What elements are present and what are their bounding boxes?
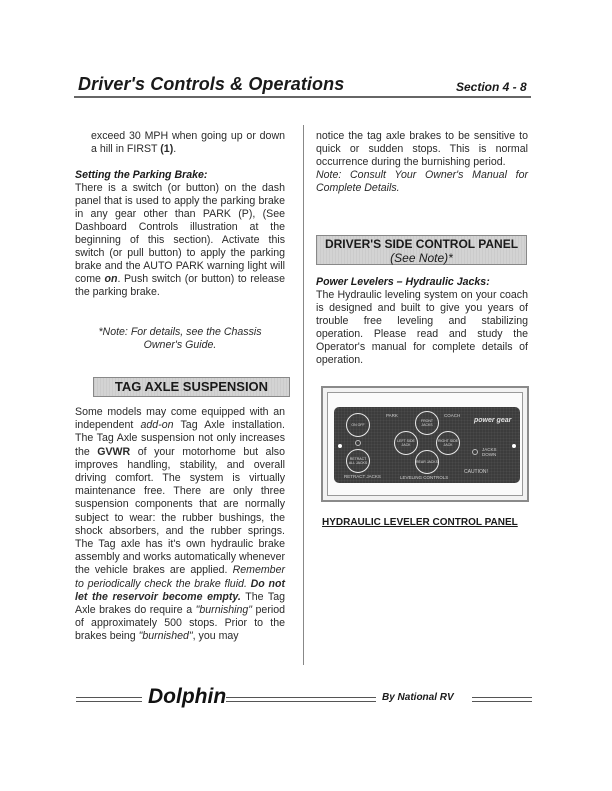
- continuation-paragraph: notice the tag axle brakes to be sensiti…: [316, 130, 528, 195]
- parking-brake-emphasis: on: [105, 273, 118, 285]
- control-panel-banner: DRIVER'S SIDE CONTROL PANEL (See Note)*: [316, 235, 527, 265]
- right-label: RIGHT SIDE JACK: [437, 439, 459, 447]
- rear-label: REAR JACKS: [416, 460, 438, 464]
- intro-paragraph: exceed 30 MPH when going up or down a hi…: [91, 130, 285, 156]
- tag-gvwr: GVWR: [97, 446, 130, 458]
- parking-brake-text-a: There is a switch (or button) on the das…: [75, 182, 285, 285]
- owner-note: Note: Consult Your Owner's Manual for Co…: [316, 169, 528, 195]
- front-jacks-button: FRONT JACKS: [415, 411, 439, 435]
- parking-brake-text: There is a switch (or button) on the das…: [75, 182, 285, 299]
- front-label: FRONT JACKS: [416, 419, 438, 427]
- retract-jacks-label: RETRACT JACKS: [344, 474, 381, 479]
- photo-mat: ON OFF RETRACT ALL JACKS PARK COACH FRON…: [327, 392, 523, 496]
- tag-axle-banner-title: TAG AXLE SUSPENSION: [115, 379, 268, 394]
- tag-t6-italic: "burnished": [139, 630, 193, 642]
- footer-rule-left: [76, 697, 142, 702]
- leveling-controls-label: LEVELING CONTROLS: [400, 475, 448, 480]
- footer-rule-middle: [226, 697, 376, 702]
- left-jack-button: LEFT SIDE JACK: [394, 431, 418, 455]
- column-divider: [303, 125, 304, 665]
- control-panel-banner-title: DRIVER'S SIDE CONTROL PANEL: [317, 237, 526, 251]
- footer-by-line: By National RV: [382, 692, 454, 703]
- mount-hole-right: [512, 444, 516, 448]
- footer-rule-right: [472, 697, 532, 702]
- caution-label: CAUTION!: [464, 469, 488, 475]
- tag-t1-italic: add-on: [141, 419, 174, 431]
- tag-t3: of your motorhome but also improves hand…: [75, 446, 285, 577]
- on-off-label: ON OFF: [351, 423, 364, 427]
- left-label: LEFT SIDE JACK: [395, 439, 417, 447]
- power-levelers-text: The Hydraulic leveling system on your co…: [316, 289, 528, 367]
- page-title: Driver's Controls & Operations: [78, 74, 344, 95]
- retract-label: RETRACT ALL JACKS: [347, 457, 369, 465]
- chassis-note-line1: *Note: For details, see the Chassis: [75, 326, 285, 339]
- photo-caption: HYDRAULIC LEVELER CONTROL PANEL: [322, 517, 518, 528]
- jacks-down-label: JACKS DOWN: [482, 447, 506, 457]
- chassis-note-line2: Owner's Guide.: [75, 339, 285, 352]
- tag-t7: , you may: [193, 630, 239, 642]
- parking-brake-section: Setting the Parking Brake: There is a sw…: [75, 169, 285, 299]
- rear-jacks-button: REAR JACKS: [415, 450, 439, 474]
- tag-t5-italic: "burnishing": [196, 604, 252, 616]
- intro-end: .: [173, 143, 176, 155]
- power-led-icon: [355, 440, 361, 446]
- continuation-text: notice the tag axle brakes to be sensiti…: [316, 130, 528, 169]
- chassis-note: *Note: For details, see the Chassis Owne…: [75, 326, 285, 352]
- header-rule: [74, 96, 531, 98]
- intro-bold: (1): [160, 143, 173, 155]
- power-levelers-section: Power Levelers – Hydraulic Jacks: The Hy…: [316, 276, 528, 367]
- leveler-panel: ON OFF RETRACT ALL JACKS PARK COACH FRON…: [334, 407, 520, 483]
- right-jack-button: RIGHT SIDE JACK: [436, 431, 460, 455]
- footer-brand: Dolphin: [148, 685, 226, 709]
- section-number: Section 4 - 8: [456, 80, 527, 94]
- on-off-button: ON OFF: [346, 413, 370, 437]
- power-levelers-heading: Power Levelers – Hydraulic Jacks:: [316, 276, 528, 289]
- coach-label: COACH: [444, 413, 460, 418]
- park-label: PARK: [386, 413, 398, 418]
- intro-text: exceed 30 MPH when going up or down a hi…: [91, 130, 285, 155]
- control-panel-photo: ON OFF RETRACT ALL JACKS PARK COACH FRON…: [321, 386, 529, 502]
- mount-hole-left: [338, 444, 342, 448]
- retract-button: RETRACT ALL JACKS: [346, 449, 370, 473]
- control-panel-banner-subtitle: (See Note)*: [317, 251, 526, 265]
- tag-axle-banner: TAG AXLE SUSPENSION: [93, 377, 290, 397]
- parking-brake-heading: Setting the Parking Brake:: [75, 169, 285, 182]
- jacks-down-led-icon: [472, 449, 478, 455]
- tag-axle-paragraph: Some models may come equipped with an in…: [75, 406, 285, 644]
- power-gear-logo: power gear: [474, 417, 511, 424]
